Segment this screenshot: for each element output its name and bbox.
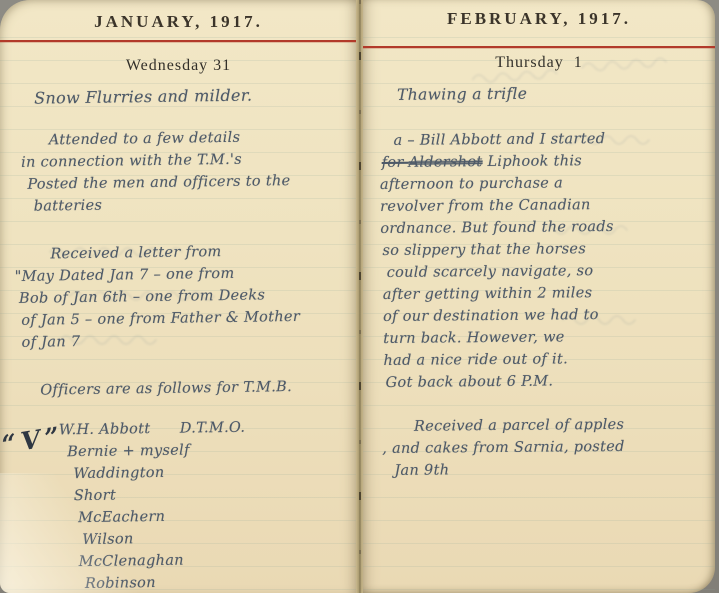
handwriting-line: Officers are as follows for T.M.B.	[40, 375, 357, 401]
handwriting-text: ordnance. But found the roads	[380, 219, 614, 237]
red-rule-right	[363, 46, 715, 48]
handwriting-text: a – Bill Abbott and I started	[393, 131, 605, 149]
handwriting-text: turn back. However, we	[383, 329, 565, 347]
struck-word: Aldershot	[408, 154, 482, 171]
struck-word: for	[382, 155, 409, 171]
handwriting-text: Received a parcel of apples	[414, 417, 624, 435]
handwriting-text: Received a letter from	[50, 244, 221, 262]
handwriting-line: Jan 9th	[394, 457, 716, 482]
handwriting-line: revolver from the Canadian	[380, 193, 714, 218]
handwriting-text: had a nice ride out of it.	[383, 351, 568, 369]
handwriting-text: of Jan 5 – one from Father & Mother	[21, 309, 300, 329]
handwriting-text: Wilson	[82, 531, 133, 548]
spine-stitching	[359, 0, 361, 593]
handwriting-text: W.H. Abbott D.T.M.O.	[59, 420, 246, 439]
day-header-wednesday-31: Wednesday 31	[0, 57, 357, 75]
handwriting-line: of Jan 7	[21, 327, 356, 354]
handwriting-text: Jan 9th	[394, 462, 449, 478]
handwriting-text: Waddington	[73, 465, 164, 482]
handwriting-line: Got back about 6 P.M.	[386, 369, 716, 394]
handwriting-text: in connection with the T.M.'s	[21, 152, 242, 171]
handwriting-text: so slippery that the horses	[382, 241, 586, 259]
month-header-january: JANUARY, 1917.	[0, 12, 357, 32]
handwriting-text: of our destination we had to	[383, 307, 599, 325]
handwriting-line: turn back. However, we	[383, 325, 715, 350]
handwriting-text: Bob of Jan 6th – one from Deeks	[19, 287, 265, 306]
handwriting-text: Posted the men and officers to the	[27, 173, 290, 193]
book-spine	[356, 0, 363, 593]
handwriting-text: Liphook this	[482, 153, 582, 170]
handwriting-text: revolver from the Canadian	[380, 197, 591, 215]
handwriting-line: a – Bill Abbott and I started	[393, 127, 713, 152]
handwriting-text: could scarcely navigate, so	[387, 263, 594, 281]
handwriting-text: McClenaghan	[79, 553, 184, 570]
handwriting-text: of Jan 7	[22, 334, 81, 351]
diary-scan: JANUARY, 1917. Wednesday 31 Snow Flurrie…	[0, 0, 719, 593]
handwriting-text: Officers are as follows for T.M.B.	[40, 379, 292, 399]
day-header-thursday-1: Thursday 1	[363, 54, 715, 72]
handwriting-text: Bernie + myself	[67, 442, 190, 460]
handwriting-line: afternoon to purchase a	[380, 171, 714, 196]
handwriting-line: could scarcely navigate, so	[387, 259, 715, 284]
handwriting-text: batteries	[34, 198, 103, 215]
handwriting-line: so slippery that the horses	[382, 237, 714, 262]
handwriting-text: Got back about 6 P.M.	[386, 373, 554, 390]
handwriting-text: , and cakes from Sarnia, posted	[382, 439, 625, 457]
handwriting-line: Thawing a trifle	[397, 81, 713, 106]
handwriting-line: had a nice ride out of it.	[383, 347, 715, 372]
handwriting-text: Snow Flurries and milder.	[34, 86, 252, 108]
handwriting-text: Short	[74, 488, 116, 505]
handwriting-text: McEachern	[78, 509, 165, 526]
handwriting-line: after getting within 2 miles	[383, 281, 715, 306]
handwriting-text: Thawing a trifle	[397, 85, 527, 104]
handwriting-line: of our destination we had to	[383, 303, 715, 328]
handwriting-line: ordnance. But found the roads	[380, 215, 714, 240]
handwriting-line: Robinson	[85, 569, 360, 593]
handwriting-text: afternoon to purchase a	[380, 175, 563, 193]
handwriting-text: "May Dated Jan 7 – one from	[15, 266, 235, 285]
red-rule-left	[0, 40, 357, 42]
diary-entry-january-31: Snow Flurries and milder.Attended to a f…	[8, 79, 360, 593]
handwriting-text: Robinson	[85, 575, 156, 592]
handwriting-text: Attended to a few details	[49, 130, 241, 149]
handwriting-line: , and cakes from Sarnia, posted	[382, 435, 716, 460]
handwriting-line: for Aldershot Liphook this	[382, 149, 714, 174]
handwriting-line: Snow Flurries and milder.	[34, 83, 353, 109]
month-header-february: FEBRUARY, 1917.	[363, 9, 715, 29]
diary-page-left: JANUARY, 1917. Wednesday 31 Snow Flurrie…	[0, 0, 357, 593]
handwriting-text: after getting within 2 miles	[383, 285, 593, 303]
handwriting-line: batteries	[34, 191, 355, 217]
diary-entry-february-1: Thawing a triflea – Bill Abbott and I st…	[379, 77, 716, 482]
handwriting-line: Received a parcel of apples	[414, 413, 716, 438]
diary-page-right: FEBRUARY, 1917. Thursday 1 Thawing a tri…	[363, 0, 715, 593]
